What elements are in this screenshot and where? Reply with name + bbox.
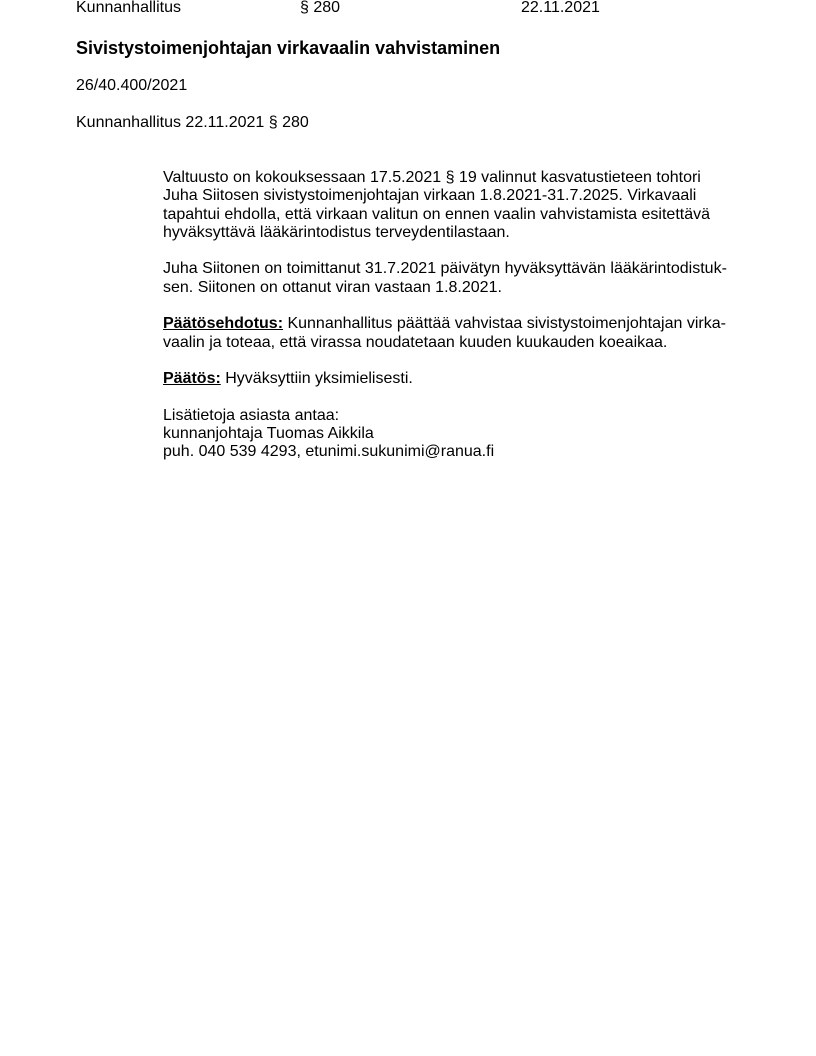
text-line: Juha Siitosen sivistystoimenjohtajan vir…: [163, 187, 743, 205]
contact-intro: Lisätietoja asiasta antaa:: [163, 407, 743, 425]
text-line: Juha Siitonen on toimittanut 31.7.2021 p…: [163, 260, 743, 278]
document-title: Sivistystoimenjohtajan virkavaalin vahvi…: [76, 37, 500, 59]
text-line: sen. Siitonen on ottanut viran vastaan 1…: [163, 279, 743, 297]
header-section-number: § 280: [300, 0, 340, 18]
document-page: Kunnanhallitus § 280 22.11.2021 Sivistys…: [0, 0, 816, 1056]
header-body-name: Kunnanhallitus: [76, 0, 181, 18]
text-line: vaalin ja toteaa, että virassa noudateta…: [163, 334, 743, 352]
decision-line: Päätös: Hyväksyttiin yksimielisesti.: [163, 370, 743, 388]
header-date: 22.11.2021: [521, 0, 600, 18]
decision-paragraph: Päätös: Hyväksyttiin yksimielisesti.: [163, 370, 743, 388]
text-line: tapahtui ehdolla, että virkaan valitun o…: [163, 206, 743, 224]
contact-paragraph: Lisätietoja asiasta antaa: kunnanjohtaja…: [163, 407, 743, 462]
text-line: Valtuusto on kokouksessaan 17.5.2021 § 1…: [163, 169, 743, 187]
proposal-text: Kunnanhallitus päättää vahvistaa sivisty…: [283, 315, 726, 332]
decision-label: Päätös:: [163, 370, 221, 387]
diary-number: 26/40.400/2021: [76, 76, 187, 96]
decision-text: Hyväksyttiin yksimielisesti.: [221, 370, 413, 387]
text-line: hyväksyttävä lääkärintodistus terveydent…: [163, 224, 743, 242]
background-paragraph: Valtuusto on kokouksessaan 17.5.2021 § 1…: [163, 169, 743, 242]
contact-person: kunnanjohtaja Tuomas Aikkila: [163, 425, 743, 443]
document-content: Valtuusto on kokouksessaan 17.5.2021 § 1…: [163, 169, 743, 480]
status-paragraph: Juha Siitonen on toimittanut 31.7.2021 p…: [163, 260, 743, 297]
proposal-first-line: Päätösehdotus: Kunnanhallitus päättää va…: [163, 315, 743, 333]
contact-phone-email: puh. 040 539 4293, etunimi.sukunimi@ranu…: [163, 443, 743, 461]
proposal-label: Päätösehdotus:: [163, 315, 283, 332]
meeting-reference: Kunnanhallitus 22.11.2021 § 280: [76, 113, 309, 133]
proposal-paragraph: Päätösehdotus: Kunnanhallitus päättää va…: [163, 315, 743, 352]
